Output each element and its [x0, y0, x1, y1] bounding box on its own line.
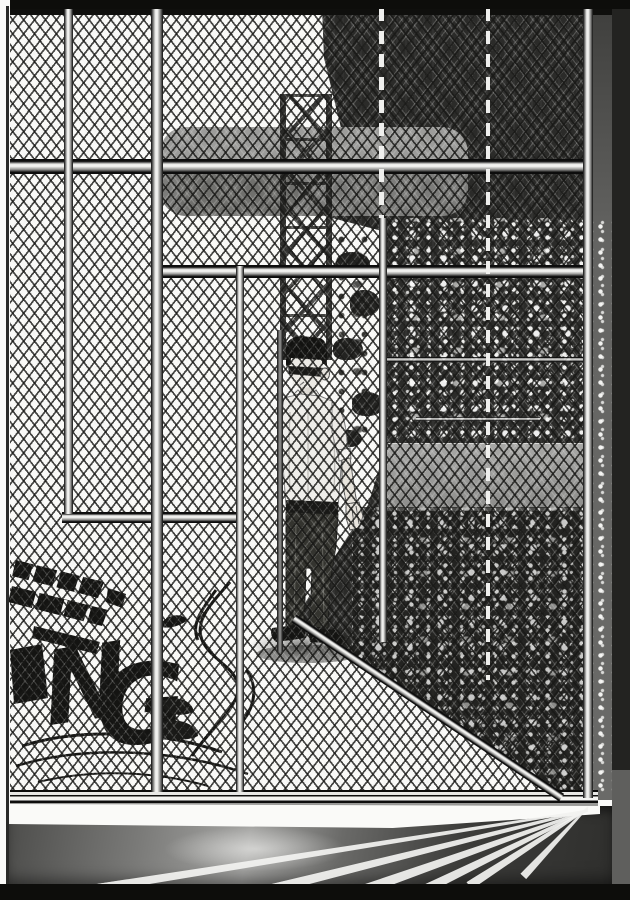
- cage-post-4: [379, 218, 387, 642]
- page-border-right-gray: [612, 770, 630, 884]
- chain-link-mesh: [10, 8, 583, 800]
- cage-post-2: [151, 8, 163, 792]
- cage-rail-middle: [152, 265, 592, 278]
- cage-bottom-frame: [10, 790, 598, 806]
- page-border-right: [612, 0, 630, 900]
- cage-top-frame: [10, 8, 612, 15]
- cage-seam-post: [277, 330, 283, 652]
- cage-rail-upper: [10, 159, 590, 174]
- far-fence-rail-short: [416, 417, 540, 421]
- cage-post-4-dashed: [379, 8, 384, 218]
- page-border-left: [6, 6, 9, 888]
- cage-post-3: [236, 266, 244, 792]
- page-border-bottom: [0, 884, 630, 900]
- outer-aisle-crowd: [592, 220, 612, 795]
- cage-post-1: [64, 8, 73, 514]
- page-border-top: [10, 0, 630, 9]
- cage-post-5-dashed: [486, 8, 490, 680]
- manga-page: N G: [0, 0, 630, 900]
- cage-corner-post-right: [583, 8, 593, 798]
